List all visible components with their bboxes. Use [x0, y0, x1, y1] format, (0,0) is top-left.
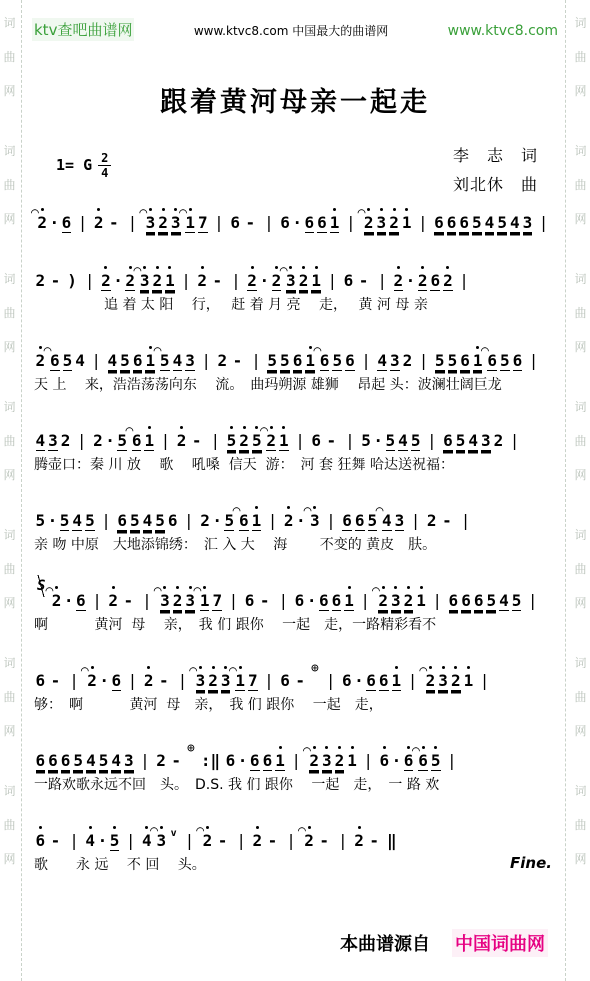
- border-char: 曲: [574, 435, 586, 447]
- jianpu-note: 6: [449, 591, 459, 611]
- barline: |: [69, 830, 79, 852]
- augmentation-dot: ·: [98, 830, 108, 852]
- border-char: 词: [574, 785, 586, 797]
- site-logo-left[interactable]: ktv查吧曲谱网: [32, 18, 134, 41]
- jianpu-note: 2: [144, 671, 154, 690]
- source-label: 本曲谱源自: [340, 930, 430, 956]
- border-char: 曲: [3, 307, 15, 319]
- jianpu-note: 2: [418, 271, 428, 291]
- jianpu-note: 1: [330, 213, 340, 233]
- jianpu-note: 5: [361, 431, 371, 450]
- dash: -: [123, 590, 133, 612]
- coda-icon: ⊕: [311, 658, 319, 680]
- barline: |: [211, 430, 221, 452]
- barline: |: [184, 510, 194, 532]
- border-char: 网: [3, 853, 15, 865]
- site-url-right[interactable]: www.ktvc8.com: [448, 23, 558, 39]
- jianpu-note: 4: [72, 511, 82, 531]
- border-char: 曲: [574, 819, 586, 831]
- paren: ): [67, 270, 77, 292]
- jianpu-note: 6: [280, 671, 290, 690]
- score-line: 6-|4·5|4⌒3v|⌒2-|2-|⌒2-|2-‖歌 永 远 不 回 头。Fi…: [34, 818, 558, 874]
- jianpu-note: 5: [472, 213, 482, 233]
- barline: |: [459, 270, 469, 292]
- jianpu-note: 3: [185, 351, 195, 371]
- jianpu-note: 1: [402, 213, 412, 232]
- barline: |: [140, 750, 150, 772]
- lyrics-text: 天 上 来，浩浩荡荡向东 流。 曲玛朔源 雄狮 昂起 头：波澜壮阔巨龙: [34, 374, 502, 394]
- jianpu-note: 3: [390, 351, 400, 371]
- barline: |: [295, 430, 305, 452]
- score-line: 2-)|2·2⌒321|2-|2·2⌒321|6-|2·262| 追 着 太 阳…: [34, 258, 558, 314]
- jianpu-note: 4: [36, 431, 46, 451]
- jianpu-note: 5: [85, 511, 95, 531]
- augmentation-dot: ·: [354, 670, 364, 692]
- composer-credit: 刘北休 曲: [453, 171, 538, 200]
- border-char: 词: [3, 273, 15, 285]
- border-char: 词: [3, 401, 15, 413]
- jianpu-note: 6: [366, 671, 376, 691]
- augmentation-dot: ·: [406, 270, 416, 292]
- key-prefix: 1= G: [56, 156, 92, 174]
- jianpu-note: 3: [310, 511, 320, 530]
- jianpu-note: 5: [60, 511, 70, 531]
- border-char: 词: [3, 17, 15, 29]
- jianpu-note: 2: [335, 751, 345, 771]
- border-char: 网: [3, 725, 15, 737]
- jianpu-note: 5: [160, 351, 170, 371]
- border-char: 词: [3, 785, 15, 797]
- jianpu-note: 6: [317, 213, 327, 233]
- jianpu-note: 4: [85, 831, 95, 850]
- dash: -: [109, 212, 119, 234]
- barline: |: [126, 830, 136, 852]
- jianpu-note: 6: [418, 751, 428, 771]
- jianpu-note: 6: [319, 591, 329, 611]
- barline: |: [201, 350, 211, 372]
- barline: |: [286, 830, 296, 852]
- left-border-watermark: 词曲网词曲网词曲网词曲网词曲网词曲网词曲网: [1, 0, 18, 981]
- barline: |: [229, 590, 239, 612]
- score: ⌒2·6|2-|⌒323⌒17|6-|6·661|⌒2321|66654543|…: [34, 200, 558, 898]
- jianpu-note: 2: [94, 213, 104, 232]
- barline: |: [264, 670, 274, 692]
- barline: |: [419, 350, 429, 372]
- augmentation-dot: ·: [113, 270, 123, 292]
- augmentation-dot: ·: [48, 510, 58, 532]
- jianpu-note: 3: [322, 751, 332, 771]
- border-char: 网: [574, 853, 586, 865]
- barline: |: [510, 430, 520, 452]
- dash: -: [359, 270, 369, 292]
- augmentation-dot: ·: [238, 750, 248, 772]
- border-char: 网: [3, 213, 15, 225]
- jianpu-note: 5: [435, 351, 445, 371]
- jianpu-note: 1: [279, 431, 289, 451]
- jianpu-note: 3: [438, 671, 448, 691]
- dash: -: [295, 670, 305, 692]
- border-char: 曲: [574, 307, 586, 319]
- barline: |: [178, 670, 188, 692]
- barline: |: [251, 350, 261, 372]
- jianpu-note: 4: [382, 511, 392, 531]
- barline: |: [327, 270, 337, 292]
- jianpu-notes-row: S⌒2·6|2-|⌒323⌒17|6-|6·661|⌒2321|666545|: [34, 578, 558, 612]
- jianpu-note: 4: [398, 431, 408, 451]
- jianpu-note: 6: [50, 351, 60, 371]
- jianpu-note: 6: [36, 751, 46, 771]
- lyrics-text: 歌 永 远 不 回 头。: [34, 854, 206, 874]
- border-char: 网: [3, 341, 15, 353]
- credits: 李 志 词 刘北休 曲: [453, 142, 538, 200]
- key-signature: 1= G24: [56, 152, 111, 179]
- jianpu-note: 2: [217, 351, 227, 370]
- jianpu-note: 3: [481, 431, 491, 451]
- jianpu-note: 4: [468, 431, 478, 451]
- jianpu-note: 1: [185, 213, 195, 233]
- augmentation-dot: ·: [49, 212, 59, 234]
- jianpu-note: 6: [379, 671, 389, 691]
- jianpu-note: 1: [144, 431, 154, 451]
- song-title: 跟着黄河母亲一起走: [0, 80, 590, 119]
- jianpu-note: 6: [76, 591, 86, 611]
- jianpu-note: 7: [198, 213, 208, 233]
- border-char: 曲: [3, 691, 15, 703]
- barline: |: [78, 212, 88, 234]
- barline: |: [338, 830, 348, 852]
- lyrics-row: 天 上 来，浩浩荡荡向东 流。 曲玛朔源 雄狮 昂起 头：波澜壮阔巨龙: [34, 374, 558, 394]
- dash: -: [326, 430, 336, 452]
- barline: |: [361, 350, 371, 372]
- jianpu-note: 4: [143, 511, 153, 531]
- right-border-watermark: 词曲网词曲网词曲网词曲网词曲网词曲网词曲网: [572, 0, 589, 981]
- dash: -: [245, 212, 255, 234]
- border-char: 曲: [3, 563, 15, 575]
- jianpu-note: 7: [212, 591, 222, 611]
- left-dashed-border: [21, 0, 22, 981]
- jianpu-note: 2: [309, 751, 319, 771]
- jianpu-note: 4: [377, 351, 387, 371]
- border-char: 词: [574, 529, 586, 541]
- jianpu-note: 5: [36, 511, 46, 530]
- lyrics-text: 追 着 太 阳 行， 赶 着 月 亮 走， 黄 河 母 亲: [34, 294, 428, 314]
- jianpu-note: 3: [391, 591, 401, 611]
- augmentation-dot: ·: [392, 750, 402, 772]
- jianpu-note: 1: [416, 591, 426, 610]
- border-char: 曲: [574, 691, 586, 703]
- barline: |: [214, 212, 224, 234]
- jianpu-note: 2: [304, 831, 314, 850]
- jianpu-note: 6: [434, 213, 444, 233]
- jianpu-note: 6: [380, 751, 390, 770]
- border-char: 网: [574, 597, 586, 609]
- jianpu-note: 3: [377, 213, 387, 233]
- barline: |: [77, 430, 87, 452]
- border-char: 曲: [574, 51, 586, 63]
- jianpu-note: 4: [75, 351, 85, 370]
- score-line: 2⌒654|4561⌒543|2-|5561⌒656|432|5561⌒656|…: [34, 338, 558, 394]
- jianpu-note: 6: [132, 431, 142, 451]
- barline: |: [528, 590, 538, 612]
- border-char: 曲: [3, 179, 15, 191]
- barline: |: [268, 510, 278, 532]
- barline: |: [461, 510, 471, 532]
- barline: |: [161, 430, 171, 452]
- jianpu-note: 5: [99, 751, 109, 771]
- jianpu-note: 1: [252, 511, 262, 531]
- augmentation-dot: ·: [212, 510, 222, 532]
- jianpu-note: 2: [404, 591, 414, 611]
- jianpu-notes-row: 2⌒654|4561⌒543|2-|5561⌒656|432|5561⌒656|: [34, 338, 558, 372]
- jianpu-note: 6: [117, 511, 127, 531]
- jianpu-note: 6: [355, 511, 365, 531]
- jianpu-note: 6: [230, 213, 240, 232]
- jianpu-note: 2: [378, 591, 388, 611]
- lyricist-credit: 李 志 词: [453, 142, 538, 171]
- jianpu-note: 6: [250, 751, 260, 771]
- border-char: 曲: [574, 179, 586, 191]
- jianpu-note: 2: [389, 213, 399, 233]
- barline: |: [185, 830, 195, 852]
- jianpu-note: 5: [227, 431, 237, 451]
- lyrics-row: 啊 黄河 母 亲， 我 们 跟你 一起 走，一路精彩看不: [34, 614, 558, 634]
- jianpu-note: 6: [36, 831, 46, 850]
- jianpu-note: 6: [48, 751, 58, 771]
- jianpu-note: 5: [120, 351, 130, 371]
- dash: -: [260, 590, 270, 612]
- jianpu-notes-row: 5·545|65456|2·5⌒61|2·⌒3|665⌒43|2-|: [34, 498, 558, 532]
- jianpu-notes-row: 66654543|2-⊕:‖6·661|⌒2321|6·6⌒65|: [34, 738, 558, 772]
- jianpu-note: 1: [235, 671, 245, 691]
- jianpu-note: 6: [447, 213, 457, 233]
- jianpu-note: 2: [403, 351, 413, 370]
- jianpu-note: 5: [431, 751, 441, 771]
- jianpu-note: 2: [394, 271, 404, 291]
- barline: |: [101, 510, 111, 532]
- dash: -: [319, 830, 329, 852]
- barline: |: [539, 212, 549, 234]
- barline: |: [432, 590, 442, 612]
- jianpu-note: 4: [499, 591, 509, 611]
- augmentation-dot: ·: [105, 430, 115, 452]
- barline: |: [418, 212, 428, 234]
- coda-icon: ⊕: [187, 738, 195, 760]
- jianpu-note: 3: [196, 671, 206, 691]
- jianpu-note: 5: [63, 351, 73, 371]
- jianpu-note: 5: [332, 351, 342, 371]
- lyrics-row: 追 着 太 阳 行， 赶 着 月 亮 走， 黄 河 母 亲: [34, 294, 558, 314]
- lyrics-text: 亲 吻 中原 大地添锦绣： 汇 入 大 海 不变的 黄皮 肤。: [34, 534, 436, 554]
- jianpu-note: 6: [342, 511, 352, 531]
- jianpu-note: 3: [160, 591, 170, 611]
- time-numerator: 2: [98, 152, 111, 166]
- jianpu-note: 3: [286, 271, 296, 291]
- score-line: 5·545|65456|2·5⌒61|2·⌒3|665⌒43|2-|亲 吻 中原…: [34, 498, 558, 554]
- border-char: 词: [3, 529, 15, 541]
- site-watermark-center: www.ktvc8.com 中国最大的曲谱网: [194, 22, 388, 39]
- dash: -: [442, 510, 452, 532]
- time-signature: 24: [98, 152, 111, 179]
- source-site-link[interactable]: 中国词曲网: [452, 929, 548, 957]
- jianpu-note: 5: [155, 511, 165, 531]
- jianpu-note: 2: [101, 271, 111, 291]
- jianpu-note: 5: [130, 511, 140, 531]
- barline: |: [427, 430, 437, 452]
- jianpu-notes-row: 6-|⌒2·6|2-|⌒323⌒17|6-⊕|6·661|⌒2321|: [34, 658, 558, 692]
- jianpu-note: 4: [108, 351, 118, 371]
- score-line: S⌒2·6|2-|⌒323⌒17|6-|6·661|⌒2321|666545|啊…: [34, 578, 558, 634]
- header-bar: ktv查吧曲谱网 www.ktvc8.com 中国最大的曲谱网 www.ktvc…: [32, 18, 558, 41]
- jianpu-note: 3: [124, 751, 134, 771]
- jianpu-notes-row: 2-)|2·2⌒321|2-|2·2⌒321|6-|2·262|: [34, 258, 558, 292]
- jianpu-note: 6: [62, 213, 72, 233]
- jianpu-note: 6: [487, 351, 497, 371]
- dash: -: [268, 830, 278, 852]
- jianpu-note: 2: [37, 213, 47, 232]
- jianpu-note: 2: [61, 431, 71, 450]
- augmentation-dot: ·: [373, 430, 383, 452]
- jianpu-note: 6: [430, 271, 440, 291]
- score-line: 6-|⌒2·6|2-|⌒323⌒17|6-⊕|6·661|⌒2321|够： 啊 …: [34, 658, 558, 714]
- barline: |: [279, 590, 289, 612]
- augmentation-dot: ·: [259, 270, 269, 292]
- border-char: 曲: [3, 51, 15, 63]
- jianpu-note: 2: [443, 271, 453, 291]
- jianpu-note: 2: [253, 831, 263, 850]
- barline: |: [128, 670, 138, 692]
- barline: |: [128, 212, 138, 234]
- barline: |: [91, 350, 101, 372]
- jianpu-note: 6: [61, 751, 71, 771]
- barline: |: [529, 350, 539, 372]
- jianpu-note: 3: [146, 213, 156, 233]
- lyrics-text: 够： 啊 黄河 母 亲， 我 们 跟你 一起 走，: [34, 694, 383, 714]
- jianpu-note: 2: [36, 271, 46, 290]
- border-char: 网: [574, 725, 586, 737]
- augmentation-dot: ·: [99, 670, 109, 692]
- jianpu-note: 1: [275, 751, 285, 771]
- dash: -: [213, 270, 223, 292]
- jianpu-note: 2: [299, 271, 309, 291]
- jianpu-note: 2: [200, 511, 210, 530]
- jianpu-note: 2: [203, 831, 213, 850]
- score-line: ⌒2·6|2-|⌒323⌒17|6-|6·661|⌒2321|66654543|: [34, 200, 558, 234]
- border-char: 曲: [3, 435, 15, 447]
- jianpu-note: 2: [156, 751, 166, 770]
- jianpu-note: 5: [486, 591, 496, 611]
- barline: |: [236, 830, 246, 852]
- lyrics-row: 腾壶口：秦 川 放 歌 吼嗓 信天 游： 河 套 狂舞 哈达送祝福：: [34, 454, 558, 474]
- jianpu-note: 5: [267, 351, 277, 371]
- jianpu-note: 5: [500, 351, 510, 371]
- border-char: 网: [574, 213, 586, 225]
- border-char: 曲: [3, 819, 15, 831]
- jianpu-note: 2: [93, 431, 103, 450]
- jianpu-note: 2: [52, 591, 62, 610]
- border-char: 网: [3, 597, 15, 609]
- jianpu-note: 2: [247, 271, 257, 291]
- border-char: 词: [3, 145, 15, 157]
- lyrics-text: 一路欢歌永远不回 头。 D.S. 我 们 跟你 一起 走， 一 路 欢: [34, 774, 439, 794]
- jianpu-note: 6: [320, 351, 330, 371]
- jianpu-note: 6: [311, 431, 321, 450]
- dash: -: [159, 670, 169, 692]
- jianpu-note: 1: [165, 271, 175, 291]
- jianpu-note: 6: [112, 671, 122, 691]
- jianpu-note: 4: [173, 351, 183, 371]
- footer: 本曲谱源自 中国词曲网: [340, 929, 548, 957]
- barline: |: [85, 270, 95, 292]
- jianpu-note: 7: [248, 671, 258, 691]
- jianpu-note: 5: [448, 351, 458, 371]
- jianpu-note: 2: [87, 671, 97, 690]
- sheet-music-page: 词曲网词曲网词曲网词曲网词曲网词曲网词曲网 词曲网词曲网词曲网词曲网词曲网词曲网…: [0, 0, 590, 981]
- dash: -: [171, 750, 181, 772]
- border-char: 网: [574, 341, 586, 353]
- jianpu-note: 2: [173, 591, 183, 611]
- jianpu-note: 2: [426, 671, 436, 691]
- barline: |: [363, 750, 373, 772]
- jianpu-notes-row: ⌒2·6|2-|⌒323⌒17|6-|6·661|⌒2321|66654543|: [34, 200, 558, 234]
- barline: |: [326, 670, 336, 692]
- right-dashed-border: [565, 0, 566, 981]
- lyrics-text: 腾壶口：秦 川 放 歌 吼嗓 信天 游： 河 套 狂舞 哈达送祝福：: [34, 454, 454, 474]
- time-denominator: 4: [98, 166, 111, 179]
- barline: |: [377, 270, 387, 292]
- jianpu-note: 2: [177, 431, 187, 450]
- jianpu-note: 6: [36, 671, 46, 690]
- dash: -: [51, 270, 61, 292]
- lyrics-text: 啊 黄河 母 亲， 我 们 跟你 一起 走，一路精彩看不: [34, 614, 436, 634]
- jianpu-notes-row: 432|2·5⌒61|2-|525⌒21|6-|5·545|65432|: [34, 418, 558, 452]
- jianpu-note: 3: [523, 213, 533, 233]
- jianpu-note: 6: [293, 351, 303, 371]
- barline: |: [69, 670, 79, 692]
- jianpu-note: 5: [411, 431, 421, 451]
- barline: |: [447, 750, 457, 772]
- jianpu-note: 2: [284, 511, 294, 530]
- border-char: 网: [574, 469, 586, 481]
- jianpu-note: 6: [226, 751, 236, 770]
- barline: |: [480, 670, 490, 692]
- jianpu-note: 1: [200, 591, 210, 611]
- jianpu-note: 5: [110, 831, 120, 851]
- barline: |: [142, 590, 152, 612]
- barline: |: [291, 750, 301, 772]
- score-line: 66654543|2-⊕:‖6·661|⌒2321|6·6⌒65|一路欢歌永远不…: [34, 738, 558, 794]
- jianpu-note: 5: [456, 431, 466, 451]
- jianpu-note: 6: [474, 591, 484, 611]
- score-line: 432|2·5⌒61|2-|525⌒21|6-|5·545|65432|腾壶口：…: [34, 418, 558, 474]
- augmentation-dot: ·: [292, 212, 302, 234]
- fine-marking: Fine.: [510, 854, 558, 874]
- jianpu-note: 2: [158, 213, 168, 233]
- barline: |: [264, 212, 274, 234]
- jianpu-note: 3: [156, 831, 166, 850]
- border-char: 词: [3, 657, 15, 669]
- jianpu-note: 6: [133, 351, 143, 371]
- jianpu-note: 4: [510, 213, 520, 233]
- jianpu-note: 6: [168, 511, 178, 530]
- jianpu-note: 6: [345, 351, 355, 371]
- border-char: 词: [574, 273, 586, 285]
- jianpu-note: 4: [86, 751, 96, 771]
- jianpu-note: 2: [108, 591, 118, 610]
- jianpu-note: 3: [140, 271, 150, 291]
- jianpu-note: 1: [347, 751, 357, 770]
- jianpu-note: 5: [73, 751, 83, 771]
- segno-icon: S: [37, 575, 45, 597]
